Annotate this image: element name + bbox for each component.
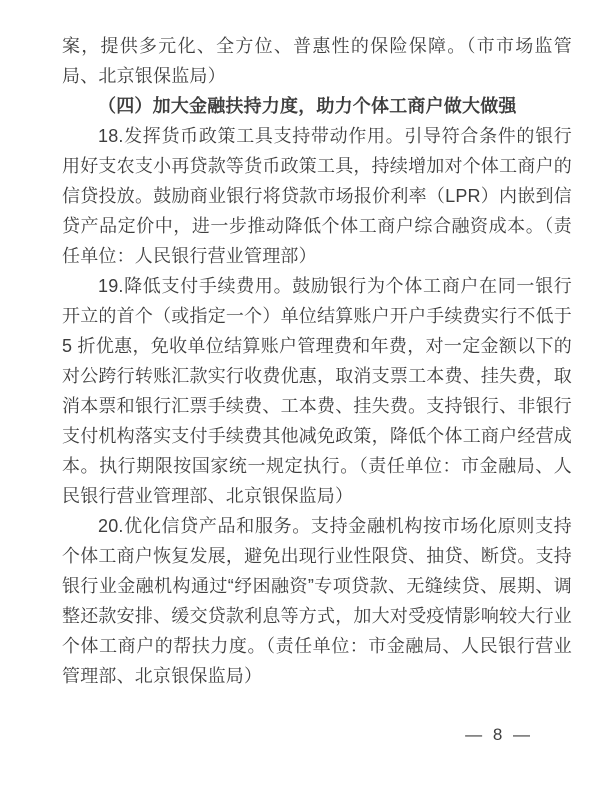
page-number: — 8 — — [465, 724, 533, 746]
paragraph-continuation: 案，提供多元化、全方位、普惠性的保险保障。（市市场监管局、北京银保监局） — [62, 31, 572, 91]
paragraph-item-19: 19.降低支付手续费用。鼓励银行为个体工商户在同一银行开立的首个（或指定一个）单… — [62, 271, 572, 511]
document-page: 案，提供多元化、全方位、普惠性的保险保障。（市市场监管局、北京银保监局） （四）… — [0, 0, 613, 802]
document-body: 案，提供多元化、全方位、普惠性的保险保障。（市市场监管局、北京银保监局） （四）… — [62, 31, 572, 691]
section-heading: （四）加大金融扶持力度，助力个体工商户做大做强 — [62, 91, 572, 121]
paragraph-item-20: 20.优化信贷产品和服务。支持金融机构按市场化原则支持个体工商户恢复发展，避免出… — [62, 511, 572, 691]
paragraph-item-18: 18.发挥货币政策工具支持带动作用。引导符合条件的银行用好支农支小再贷款等货币政… — [62, 121, 572, 271]
